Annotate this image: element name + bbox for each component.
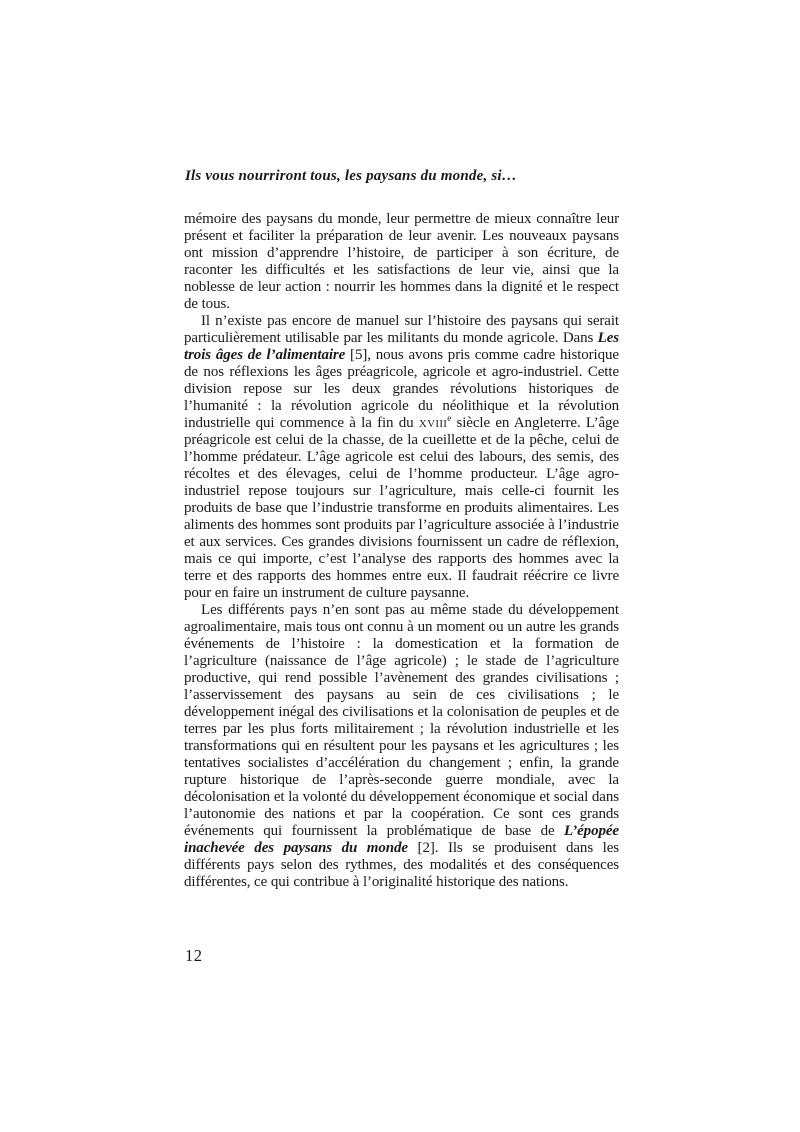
paragraph-3-text: Les différents pays n’en sont pas au mêm… xyxy=(184,602,619,839)
running-head: Ils vous nourriront tous, les paysans du… xyxy=(185,168,625,185)
roman-numeral-century: xviii xyxy=(419,415,447,431)
page-number: 12 xyxy=(185,946,203,966)
book-page: Ils vous nourriront tous, les paysans du… xyxy=(0,0,800,1132)
paragraph-2-text: Il n’existe pas encore de manuel sur l’h… xyxy=(184,313,619,346)
paragraph-2-text: siècle en Angleterre. L’âge préagricole … xyxy=(184,415,619,601)
text-block: mémoire des paysans du monde, leur perme… xyxy=(184,211,619,891)
paragraph-1: mémoire des paysans du monde, leur perme… xyxy=(184,211,619,313)
paragraph-3: Les différents pays n’en sont pas au mêm… xyxy=(184,602,619,891)
paragraph-2: Il n’existe pas encore de manuel sur l’h… xyxy=(184,313,619,602)
paragraph-1-text: mémoire des paysans du monde, leur perme… xyxy=(184,211,619,312)
